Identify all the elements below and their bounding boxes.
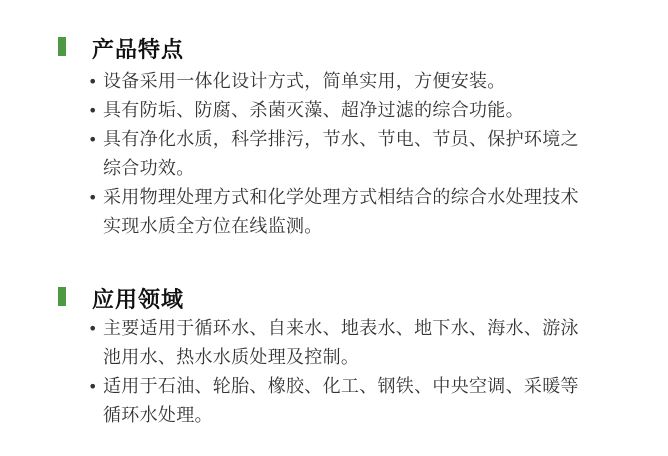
accent-bar: [58, 37, 66, 56]
list-item: • 具有净化水质，科学排污，节水、节电、节员、保护环境之 综合功效。: [88, 125, 648, 183]
item-text: 具有净化水质，科学排污，节水、节电、节员、保护环境之: [103, 125, 648, 154]
bullet-icon: •: [88, 314, 98, 343]
list-item: • 采用物理处理方式和化学处理方式相结合的综合水处理技术 实现水质全方位在线监测…: [88, 183, 648, 241]
bullet-icon: •: [88, 125, 98, 154]
bullet-icon: •: [88, 183, 98, 212]
section-title: 应用领域: [92, 283, 184, 314]
bullet-icon: •: [88, 67, 98, 96]
item-text-continued: 循环水处理。: [103, 401, 648, 430]
item-text: 适用于石油、轮胎、橡胶、化工、钢铁、中央空调、采暖等: [103, 372, 648, 401]
application-list: • 主要适用于循环水、自来水、地表水、地下水、海水、游泳 池用水、热水水质处理及…: [88, 314, 648, 430]
item-text: 具有防垢、防腐、杀菌灭藻、超净过滤的综合功能。: [103, 96, 648, 125]
accent-bar: [58, 287, 66, 306]
item-text-continued: 池用水、热水水质处理及控制。: [103, 343, 648, 372]
section-title: 产品特点: [92, 33, 184, 64]
bullet-icon: •: [88, 96, 98, 125]
item-text-continued: 实现水质全方位在线监测。: [103, 212, 648, 241]
bullet-icon: •: [88, 372, 98, 401]
feature-list: • 设备采用一体化设计方式，简单实用，方便安装。 • 具有防垢、防腐、杀菌灭藻、…: [88, 67, 648, 241]
item-text-continued: 综合功效。: [103, 154, 648, 183]
list-item: • 设备采用一体化设计方式，简单实用，方便安装。: [88, 67, 648, 96]
list-item: • 适用于石油、轮胎、橡胶、化工、钢铁、中央空调、采暖等 循环水处理。: [88, 372, 648, 430]
item-text: 采用物理处理方式和化学处理方式相结合的综合水处理技术: [103, 183, 648, 212]
list-item: • 主要适用于循环水、自来水、地表水、地下水、海水、游泳 池用水、热水水质处理及…: [88, 314, 648, 372]
list-item: • 具有防垢、防腐、杀菌灭藻、超净过滤的综合功能。: [88, 96, 648, 125]
item-text: 设备采用一体化设计方式，简单实用，方便安装。: [103, 67, 648, 96]
item-text: 主要适用于循环水、自来水、地表水、地下水、海水、游泳: [103, 314, 648, 343]
